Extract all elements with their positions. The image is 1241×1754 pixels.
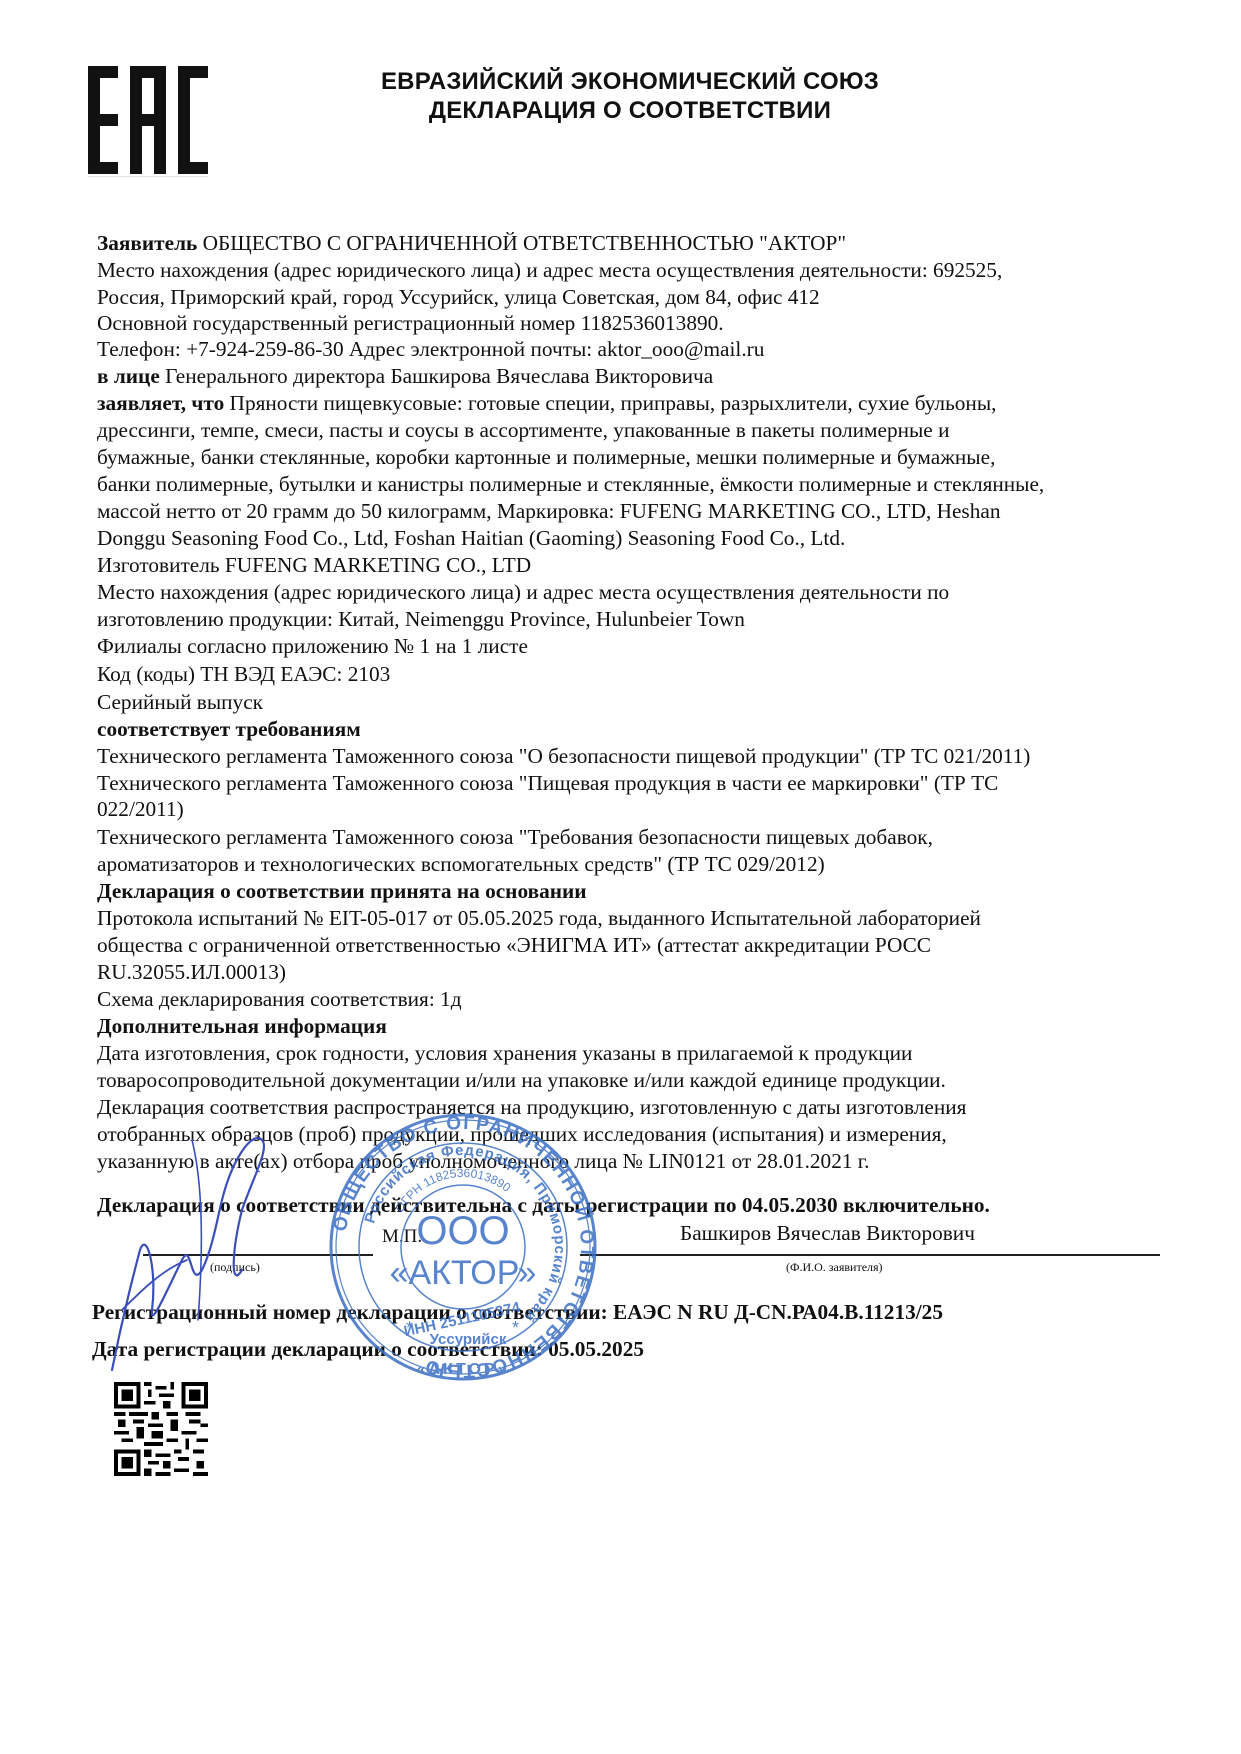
stamp-bottom: «АКТОР»: [416, 1361, 509, 1378]
stamp-center-bottom: «АКТОР»: [390, 1254, 537, 1292]
declares-line-6: Donggu Seasoning Food Co., Ltd, Foshan H…: [97, 526, 845, 550]
name-line: [580, 1254, 1160, 1256]
header-declaration-title: ДЕКЛАРАЦИЯ О СООТВЕТСТВИИ: [300, 97, 960, 125]
requirement-line-3: 022/2011): [97, 797, 184, 821]
logo-divider: [88, 176, 208, 177]
declares-label: заявляет, что: [97, 391, 224, 415]
declares-text: Пряности пищевкусовые: готовые специи, п…: [224, 391, 996, 415]
applicant-contacts: Телефон: +7-924-259-86-30 Адрес электрон…: [97, 337, 764, 361]
represented-label: в лице: [97, 364, 160, 388]
basis-label: Декларация о соответствии принята на осн…: [97, 879, 587, 903]
declaration-page: ЕВРАЗИЙСКИЙ ЭКОНОМИЧЕСКИЙ СОЮЗ ДЕКЛАРАЦИ…: [0, 0, 1241, 1754]
applicant-ogrn: Основной государственный регистрационный…: [97, 311, 724, 335]
stamp-center-top: ООО: [416, 1209, 509, 1253]
applicant-label: Заявитель: [97, 231, 197, 255]
basis-line-2: общества с ограниченной ответственностью…: [97, 933, 931, 957]
requirements-label: соответствует требованиям: [97, 717, 361, 741]
requirement-line-2: Технического регламента Таможенного союз…: [97, 771, 998, 795]
header-union-title: ЕВРАЗИЙСКИЙ ЭКОНОМИЧЕСКИЙ СОЮЗ: [300, 68, 960, 96]
applicant-address-2: Россия, Приморский край, город Уссурийск…: [97, 285, 820, 309]
basis-line-3: RU.32055.ИЛ.00013): [97, 960, 286, 984]
handwritten-signature-icon: [92, 1120, 292, 1380]
represented-by-line: в лице Генерального директора Башкирова …: [97, 364, 713, 388]
company-seal-stamp-icon: ОБЩЕСТВО С ОГРАНИЧЕННОЙ ОТВЕТСТВЕННОСТЬЮ…: [328, 1112, 598, 1382]
declares-line-4: банки полимерные, бутылки и канистры пол…: [97, 472, 1044, 496]
signer-name: Башкиров Вячеслав Викторович: [680, 1221, 975, 1245]
declares-line-2: дрессинги, темпе, смеси, пасты и соусы в…: [97, 418, 949, 442]
name-caption: (Ф.И.О. заявителя): [786, 1260, 883, 1275]
declares-line-3: бумажные, банки стеклянные, коробки карт…: [97, 445, 995, 469]
additional-line-2: товаросопроводительной документации и/ил…: [97, 1068, 946, 1092]
requirement-line-5: ароматизаторов и технологических вспомог…: [97, 852, 825, 876]
applicant-name: ОБЩЕСТВО С ОГРАНИЧЕННОЙ ОТВЕТСТВЕННОСТЬЮ…: [197, 231, 846, 255]
declares-line-1: заявляет, что Пряности пищевкусовые: гот…: [97, 391, 996, 415]
qr-code-icon[interactable]: [114, 1382, 208, 1476]
basis-line-1: Протокола испытаний № EIT-05-017 от 05.0…: [97, 906, 981, 930]
manufacturer-name: Изготовитель FUFENG MARKETING CO., LTD: [97, 553, 531, 577]
svg-text:*: *: [406, 1318, 413, 1338]
declaration-scheme: Схема декларирования соответствия: 1д: [97, 987, 462, 1011]
branches: Филиалы согласно приложению № 1 на 1 лис…: [97, 634, 528, 658]
svg-text:*: *: [512, 1318, 519, 1338]
additional-line-1: Дата изготовления, срок годности, услови…: [97, 1041, 912, 1065]
hs-code: Код (коды) ТН ВЭД ЕАЭС: 2103: [97, 662, 390, 686]
additional-info-label: Дополнительная информация: [97, 1014, 387, 1038]
eac-logo-icon: [88, 66, 208, 174]
manufacturer-address-2: изготовлению продукции: Китай, Neimenggu…: [97, 607, 745, 631]
applicant-address-1: Место нахождения (адрес юридического лиц…: [97, 258, 1002, 282]
requirement-line-1: Технического регламента Таможенного союз…: [97, 744, 1030, 768]
declares-line-5: массой нетто от 20 грамм до 50 килограмм…: [97, 499, 1000, 523]
stamp-city: Уссурийск: [430, 1331, 507, 1348]
requirement-line-4: Технического регламента Таможенного союз…: [97, 825, 933, 849]
release-type: Серийный выпуск: [97, 690, 263, 714]
applicant-line: Заявитель ОБЩЕСТВО С ОГРАНИЧЕННОЙ ОТВЕТС…: [97, 231, 846, 255]
represented-by: Генерального директора Башкирова Вячесла…: [160, 364, 713, 388]
manufacturer-address-1: Место нахождения (адрес юридического лиц…: [97, 580, 949, 604]
